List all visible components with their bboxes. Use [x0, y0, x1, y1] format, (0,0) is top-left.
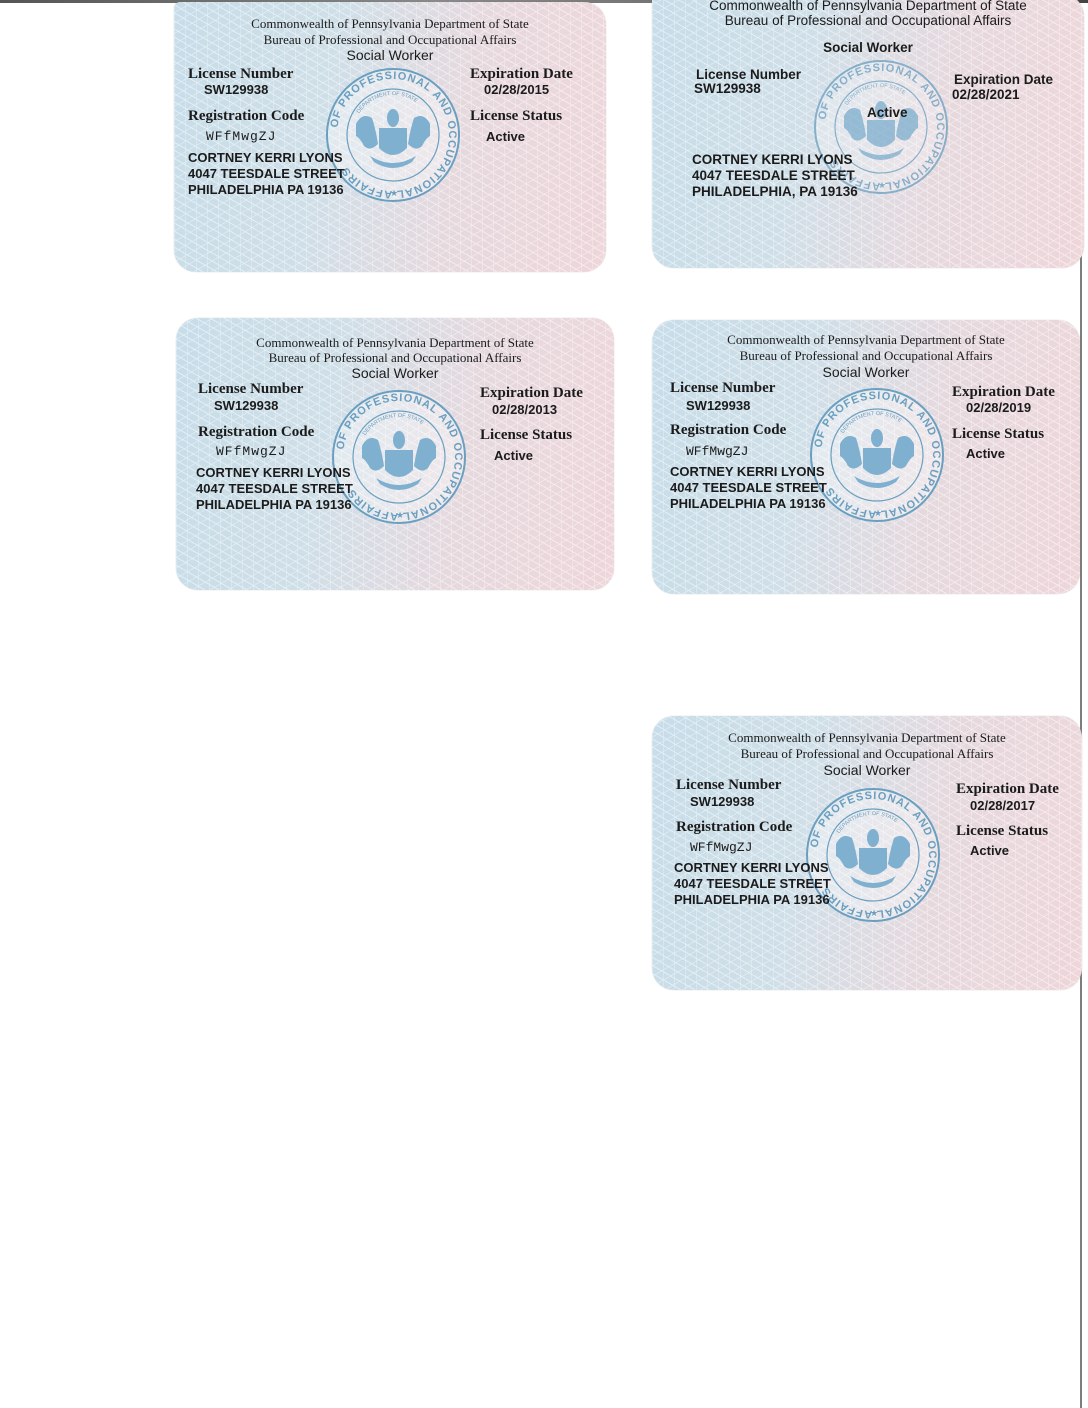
license-card-2019: Commonwealth of Pennsylvania Department … [652, 320, 1080, 594]
card-header-line2: Bureau of Professional and Occupational … [174, 32, 606, 48]
license-number-label: License Number [188, 66, 293, 83]
card-header-line1: Commonwealth of Pennsylvania Department … [652, 0, 1084, 13]
licensee-name: CORTNEY KERRI LYONS [674, 860, 829, 876]
expiration-date-label: Expiration Date [954, 72, 1053, 87]
card-profession: Social Worker [176, 365, 614, 381]
license-card-2021: Commonwealth of Pennsylvania Department … [652, 0, 1084, 268]
registration-code: WFfMwgZJ [690, 840, 752, 855]
licensee-street: 4047 TEESDALE STREET [196, 481, 353, 497]
license-number-label: License Number [696, 67, 801, 82]
expiration-date-label: Expiration Date [952, 384, 1055, 401]
expiration-date-label: Expiration Date [480, 385, 583, 402]
license-card-2015: Commonwealth of Pennsylvania Department … [174, 2, 606, 272]
license-number: SW129938 [694, 81, 761, 96]
licensee-city: PHILADELPHIA PA 19136 [196, 497, 352, 513]
licensee-street: 4047 TEESDALE STREET [674, 876, 831, 892]
license-number: SW129938 [204, 82, 268, 97]
license-status: Active [494, 448, 533, 463]
registration-code: WFfMwgZJ [216, 444, 286, 459]
license-status-label: License Status [480, 427, 572, 444]
card-profession: Social Worker [652, 762, 1082, 778]
card-profession: Social Worker [652, 40, 1084, 55]
card-header-line1: Commonwealth of Pennsylvania Department … [176, 335, 614, 351]
licensee-name: CORTNEY KERRI LYONS [670, 464, 825, 480]
licensee-city: PHILADELPHIA PA 19136 [674, 892, 830, 908]
state-seal-icon [324, 66, 462, 204]
license-status: Active [486, 129, 525, 144]
expiration-date-label: Expiration Date [470, 66, 573, 83]
registration-code: WFfMwgZJ [206, 129, 276, 144]
card-profession: Social Worker [652, 364, 1080, 380]
licensee-city: PHILADELPHIA PA 19136 [188, 182, 344, 198]
licensee-name: CORTNEY KERRI LYONS [188, 150, 343, 166]
licensee-street: 4047 TEESDALE STREET [670, 480, 827, 496]
expiration-date: 02/28/2019 [966, 400, 1031, 415]
expiration-date: 02/28/2021 [952, 87, 1020, 102]
card-header-line2: Bureau of Professional and Occupational … [652, 746, 1082, 762]
license-status: Active [966, 446, 1005, 461]
license-status: Active [970, 843, 1009, 858]
card-header-line2: Bureau of Professional and Occupational … [176, 350, 614, 366]
registration-code-label: Registration Code [188, 108, 304, 125]
license-status-label: License Status [952, 426, 1044, 443]
licensee-street: 4047 TEESDALE STREET [188, 166, 345, 182]
license-card-2017: Commonwealth of Pennsylvania Department … [652, 716, 1082, 990]
card-header-line2: Bureau of Professional and Occupational … [652, 348, 1080, 364]
card-header-line1: Commonwealth of Pennsylvania Department … [652, 730, 1082, 746]
license-status: Active [867, 105, 908, 120]
registration-code-label: Registration Code [198, 424, 314, 441]
license-number-label: License Number [676, 777, 781, 794]
card-header-line2: Bureau of Professional and Occupational … [652, 13, 1084, 28]
registration-code-label: Registration Code [676, 819, 792, 836]
expiration-date: 02/28/2017 [970, 798, 1035, 813]
registration-code: WFfMwgZJ [686, 444, 748, 459]
licensee-city: PHILADELPHIA PA 19136 [670, 496, 826, 512]
license-number: SW129938 [214, 398, 278, 413]
license-number: SW129938 [686, 398, 750, 413]
licensee-name: CORTNEY KERRI LYONS [196, 465, 351, 481]
card-header-line1: Commonwealth of Pennsylvania Department … [652, 332, 1080, 348]
card-header-line1: Commonwealth of Pennsylvania Department … [174, 16, 606, 32]
license-status-label: License Status [956, 823, 1048, 840]
license-number-label: License Number [198, 381, 303, 398]
license-status-label: License Status [470, 108, 562, 125]
licensee-street: 4047 TEESDALE STREET [692, 168, 855, 184]
expiration-date-label: Expiration Date [956, 781, 1059, 798]
license-card-2013: Commonwealth of Pennsylvania Department … [176, 318, 614, 590]
registration-code-label: Registration Code [670, 422, 786, 439]
expiration-date: 02/28/2013 [492, 402, 557, 417]
licensee-name: CORTNEY KERRI LYONS [692, 152, 853, 168]
expiration-date: 02/28/2015 [484, 82, 549, 97]
license-number-label: License Number [670, 380, 775, 397]
licensee-city: PHILADELPHIA, PA 19136 [692, 184, 858, 200]
state-seal-icon [808, 386, 946, 524]
license-number: SW129938 [690, 794, 754, 809]
card-profession: Social Worker [174, 47, 606, 63]
